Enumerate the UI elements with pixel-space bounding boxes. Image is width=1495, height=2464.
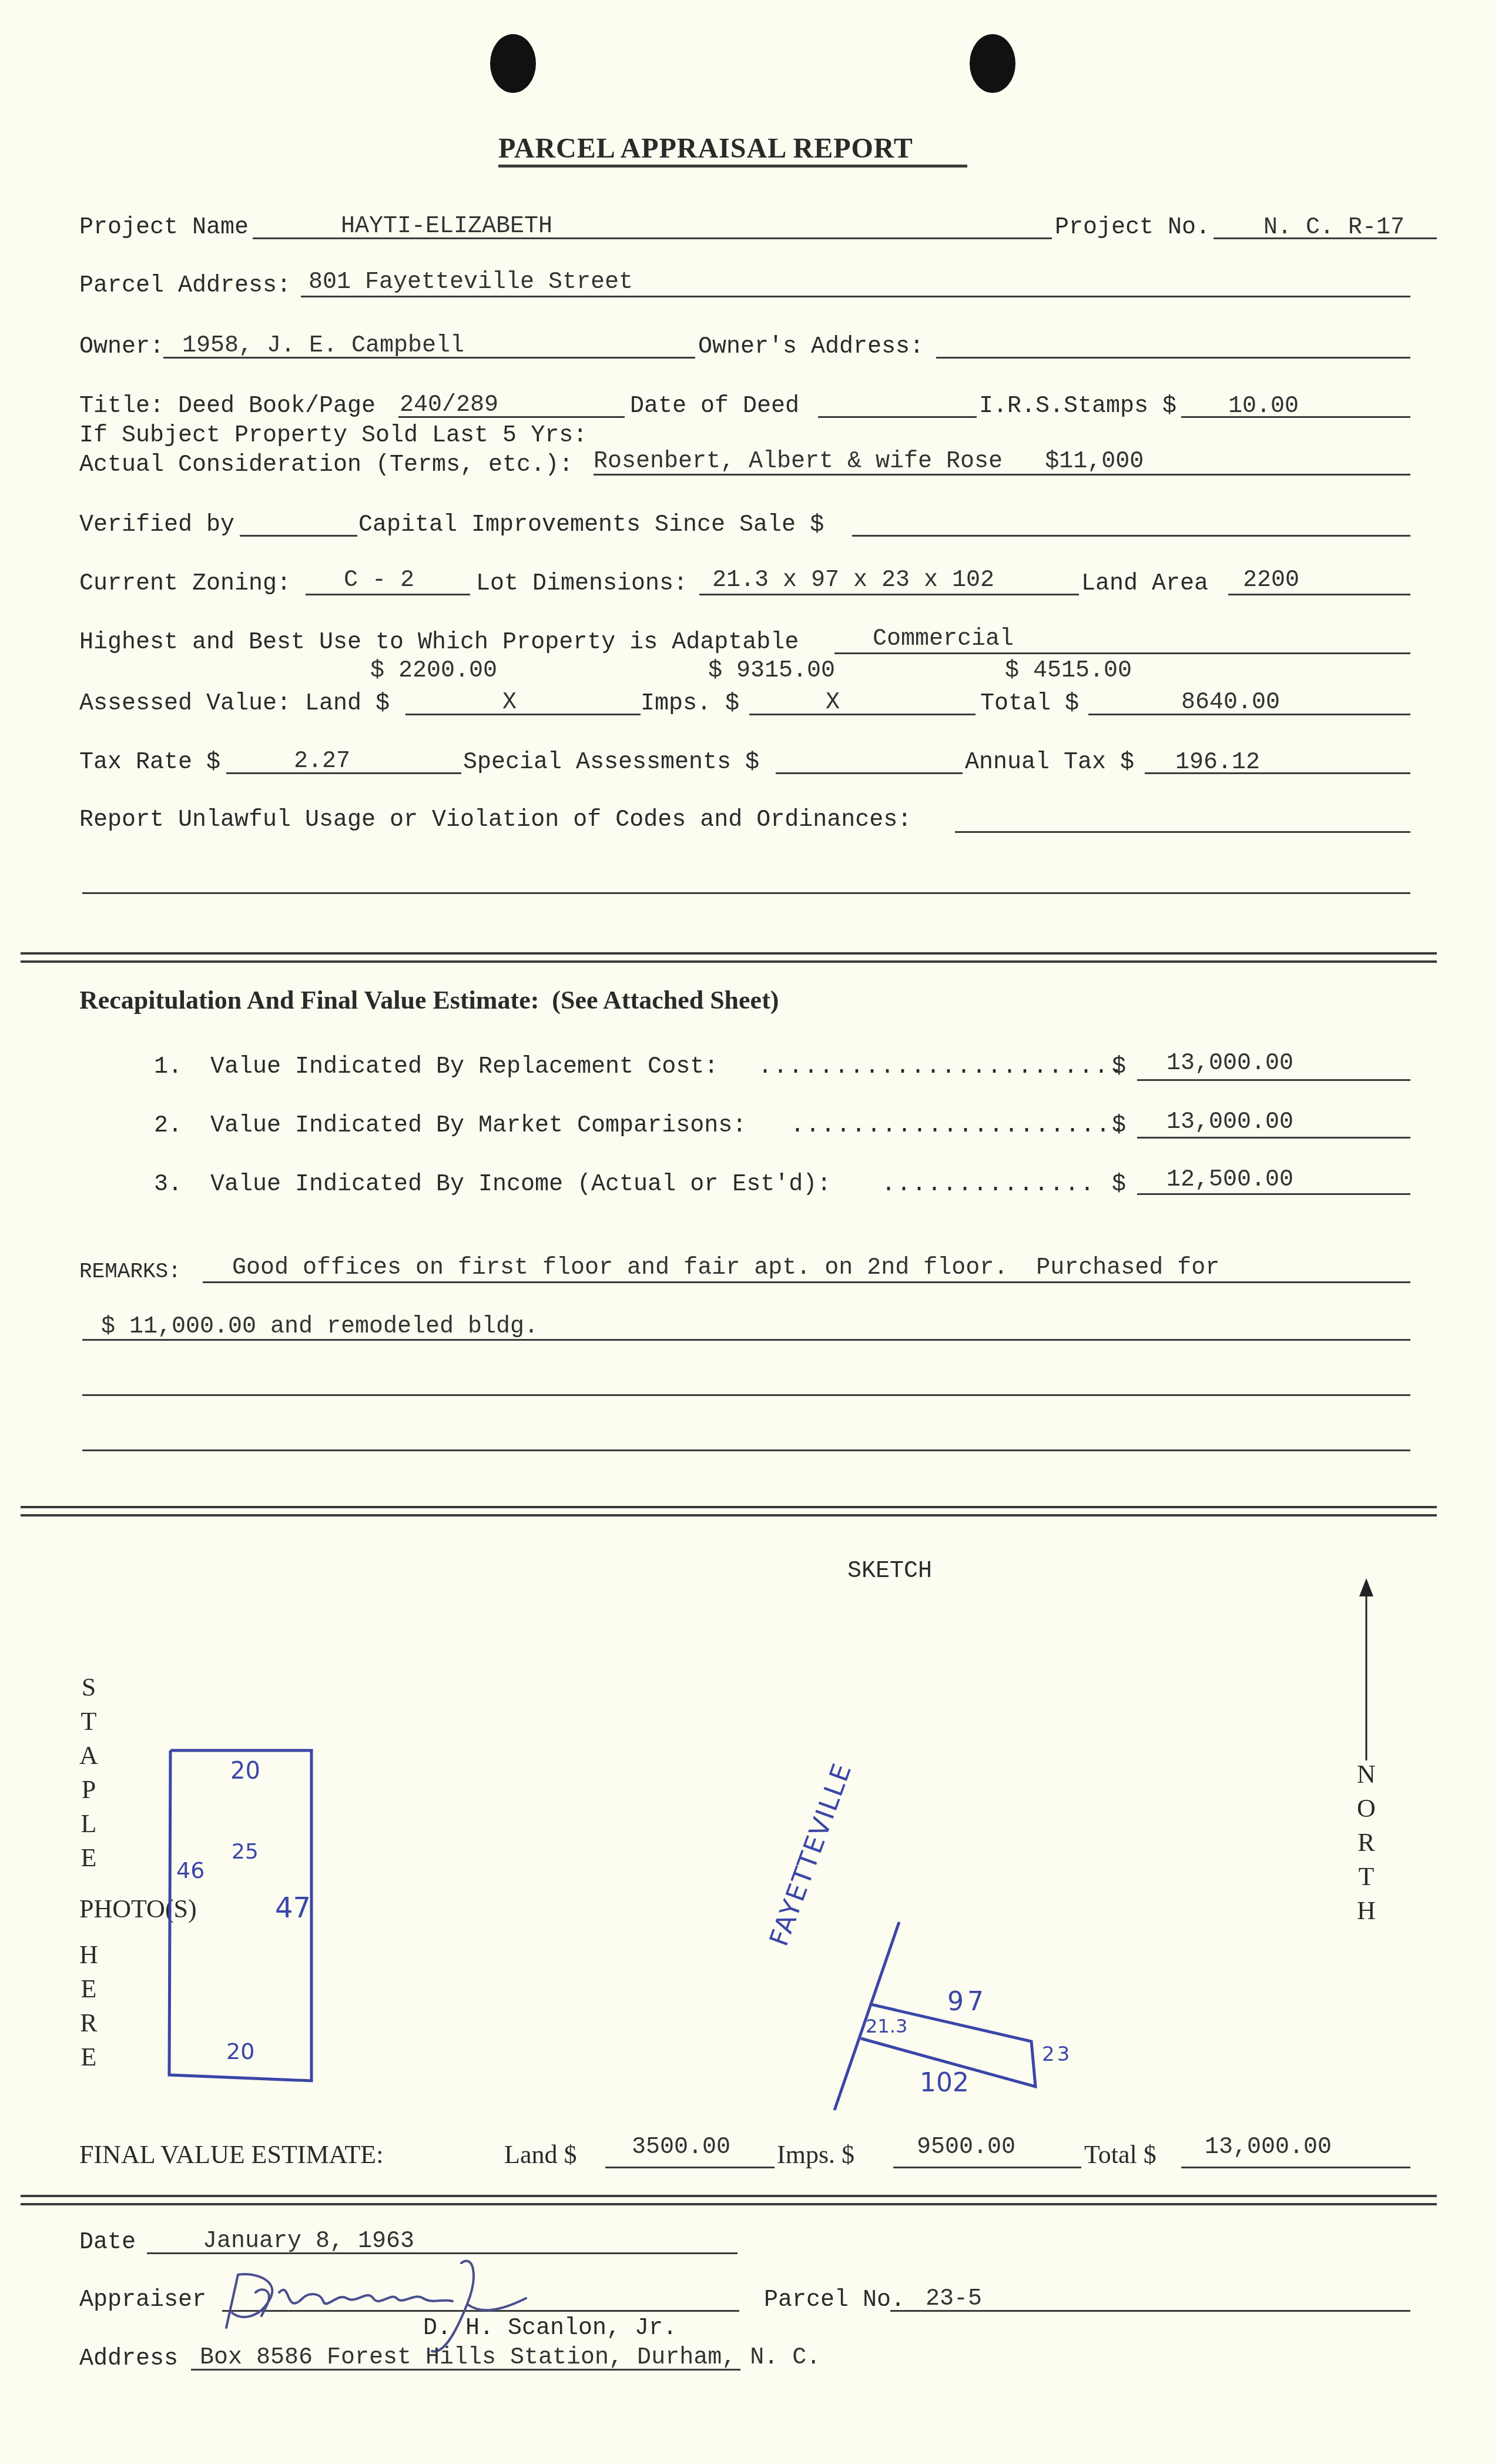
appraiser-label: Appraiser: [79, 2286, 206, 2315]
staple-label: S T A P L E: [74, 1670, 103, 1875]
tax-rate-value[interactable]: 2.27: [294, 748, 350, 776]
final-imps-label: Imps. $: [777, 2140, 854, 2170]
remarks-field-line-3: [82, 1394, 1410, 1396]
capital-improvements-field-line: [852, 535, 1410, 537]
capital-improvements-label: Capital Improvements Since Sale $: [358, 511, 824, 540]
final-total-field-line: [1181, 2167, 1410, 2168]
section-divider-1: [21, 952, 1437, 963]
here-label: H E R E: [74, 1938, 103, 2074]
parcel-no-label: Parcel No.: [764, 2286, 905, 2315]
recap-item-label: Value Indicated By Income (Actual or Est…: [210, 1171, 831, 1199]
recap-item-dots: ..............: [881, 1171, 1095, 1199]
building-top-dimension: 20: [230, 1757, 260, 1785]
assessed-land-value[interactable]: X: [502, 689, 517, 717]
page-title: PARCEL APPRAISAL REPORT: [498, 132, 913, 165]
remarks-line-1[interactable]: Good offices on first floor and fair apt…: [232, 1254, 1219, 1283]
section-divider-2: [21, 1506, 1437, 1516]
final-total-label: Total $: [1084, 2140, 1157, 2170]
assessed-imps-field-line: [749, 714, 976, 715]
recap-item-number: 1.: [154, 1053, 182, 1082]
recap-heading: Recapitulation And Final Value Estimate:…: [79, 985, 779, 1015]
section-divider-3: [21, 2195, 1437, 2205]
special-assessments-field-line: [776, 772, 963, 774]
annual-tax-label: Annual Tax $: [965, 749, 1134, 777]
date-of-deed-label: Date of Deed: [630, 393, 799, 421]
final-imps-value[interactable]: 9500.00: [917, 2134, 1015, 2162]
recap-item-value[interactable]: 13,000.00: [1166, 1109, 1293, 1137]
remarks-label: REMARKS:: [79, 1258, 181, 1286]
final-land-label: Land $: [504, 2140, 576, 2170]
land-area-label: Land Area: [1081, 570, 1208, 598]
project-no-label: Project No.: [1055, 214, 1210, 242]
deed-book-label: Title: Deed Book/Page: [79, 393, 376, 421]
final-imps-field-line: [893, 2167, 1081, 2168]
recap-item-number: 2.: [154, 1112, 182, 1140]
irs-stamps-label: I.R.S.Stamps $: [979, 393, 1176, 421]
parcel-address-label: Parcel Address:: [79, 272, 291, 300]
appraisal-report-page: PARCEL APPRAISAL REPORT Project Name HAY…: [0, 0, 1495, 2464]
assessed-imps-label: Imps. $: [641, 690, 739, 718]
highest-best-use-label: Highest and Best Use to Which Property i…: [79, 629, 799, 657]
recap-item-label: Value Indicated By Market Comparisons:: [210, 1112, 746, 1140]
unlawful-usage-field-line-2: [82, 892, 1410, 894]
lot-dimensions-value[interactable]: 21.3 x 97 x 23 x 102: [712, 567, 994, 595]
final-land-value[interactable]: 3500.00: [632, 2134, 730, 2162]
recap-item-field-line: [1137, 1079, 1410, 1081]
building-center-dimension: 25: [232, 1840, 259, 1864]
address-label: Address: [79, 2345, 178, 2373]
owners-address-field-line: [936, 357, 1410, 359]
owner-value[interactable]: 1958, J. E. Campbell: [182, 332, 464, 360]
assessed-imps-annotation: $ 9315.00: [708, 657, 835, 685]
highest-best-use-value[interactable]: Commercial: [873, 625, 1014, 654]
lot-rear-dimension: 23: [1042, 2043, 1072, 2066]
project-name-label: Project Name: [79, 214, 249, 242]
recap-item-number: 3.: [154, 1171, 182, 1199]
final-land-field-line: [605, 2167, 775, 2168]
lot-south-dimension: 102: [920, 2068, 969, 2098]
appraiser-typed-name: D. H. Scanlon, Jr.: [423, 2315, 677, 2343]
lot-front-dimension: 21.3: [866, 2015, 907, 2037]
actual-consideration-value[interactable]: Rosenbert, Albert & wife Rose $11,000: [594, 448, 1144, 476]
date-of-deed-field-line: [818, 416, 977, 418]
building-right-dimension: 47: [275, 1891, 311, 1924]
lot-dimensions-label: Lot Dimensions:: [476, 570, 688, 598]
punch-hole-right: [970, 34, 1015, 93]
recap-item-dots: ........................: [758, 1053, 1125, 1082]
address-value[interactable]: Box 8586 Forest Hills Station, Durham, N…: [200, 2344, 820, 2372]
north-arrow-icon: [1352, 1575, 1381, 1763]
recap-item-value[interactable]: 12,500.00: [1166, 1166, 1293, 1194]
assessed-imps-value[interactable]: X: [826, 689, 840, 717]
recap-item-dots: ......................: [790, 1112, 1127, 1140]
assessed-land-annotation: $ 2200.00: [370, 657, 497, 685]
assessed-land-field-line: [405, 714, 641, 715]
date-label: Date: [79, 2229, 136, 2257]
owners-address-label: Owner's Address:: [698, 333, 924, 361]
final-total-value[interactable]: 13,000.00: [1205, 2134, 1332, 2162]
remarks-field-line-4: [82, 1449, 1410, 1451]
annual-tax-value[interactable]: 196.12: [1175, 749, 1260, 777]
special-assessments-label: Special Assessments $: [463, 749, 759, 777]
owner-label: Owner:: [79, 333, 164, 361]
tax-rate-label: Tax Rate $: [79, 749, 220, 777]
current-zoning-label: Current Zoning:: [79, 570, 291, 598]
parcel-address-value[interactable]: 801 Fayetteville Street: [309, 269, 633, 297]
assessed-value-label: Assessed Value: Land $: [79, 690, 390, 718]
sold-last-5-label: If Subject Property Sold Last 5 Yrs:: [79, 422, 587, 450]
recap-item-field-line: [1137, 1137, 1410, 1139]
title-underline: [498, 165, 967, 168]
assessed-total-annotation: $ 4515.00: [1005, 657, 1132, 685]
project-name-value[interactable]: HAYTI-ELIZABETH: [341, 213, 552, 241]
assessed-total-label: Total $: [980, 690, 1079, 718]
date-value[interactable]: January 8, 1963: [203, 2228, 414, 2256]
unlawful-usage-label: Report Unlawful Usage or Violation of Co…: [79, 806, 911, 835]
project-no-value[interactable]: N. C. R-17: [1263, 214, 1405, 242]
building-left-dimension: 46: [176, 1857, 205, 1883]
recap-item-label: Value Indicated By Replacement Cost:: [210, 1053, 718, 1082]
parcel-no-value[interactable]: 23-5: [926, 2285, 982, 2314]
remarks-line-2[interactable]: $ 11,000.00 and remodeled bldg.: [101, 1313, 538, 1341]
recap-item-currency: $: [1112, 1171, 1126, 1199]
final-value-label: FINAL VALUE ESTIMATE:: [79, 2140, 383, 2170]
sketch-heading: SKETCH: [847, 1558, 932, 1586]
deed-book-value[interactable]: 240/289: [400, 391, 498, 420]
current-zoning-value[interactable]: C - 2: [344, 567, 414, 595]
irs-stamps-value[interactable]: 10.00: [1228, 393, 1299, 421]
building-bottom-dimension: 20: [226, 2038, 254, 2064]
north-label: N O R T H: [1352, 1757, 1381, 1928]
punch-hole-left: [490, 34, 536, 93]
lot-north-dimension: 97: [947, 1987, 987, 2017]
land-area-value[interactable]: 2200: [1243, 567, 1299, 595]
recap-item-currency: $: [1112, 1112, 1126, 1140]
assessed-total-value[interactable]: 8640.00: [1181, 689, 1280, 717]
actual-consideration-label: Actual Consideration (Terms, etc.):: [79, 451, 573, 480]
unlawful-usage-field-line: [955, 831, 1410, 833]
recap-item-currency: $: [1112, 1053, 1126, 1082]
recap-item-value[interactable]: 13,000.00: [1166, 1050, 1293, 1078]
verified-by-field-line: [240, 535, 357, 537]
verified-by-label: Verified by: [79, 511, 234, 540]
